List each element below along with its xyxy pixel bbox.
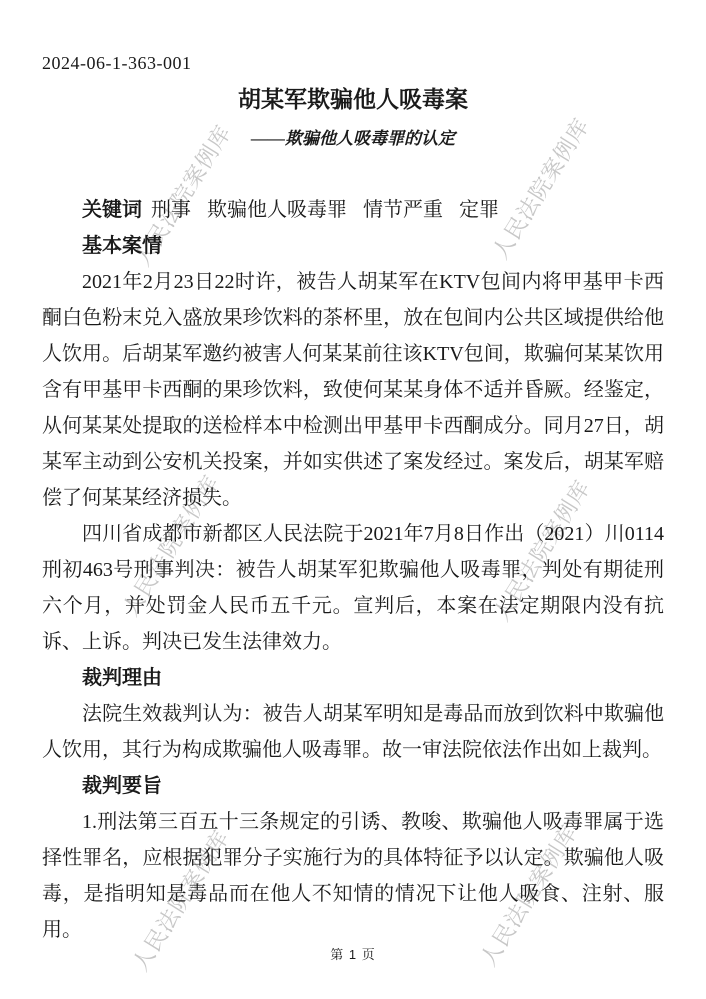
case-title: 胡某军欺骗他人吸毒案	[42, 84, 664, 116]
case-subtitle: ——欺骗他人吸毒罪的认定	[42, 126, 664, 152]
document-page: 人民法院案例库 人民法院案例库 人民法院案例库 人民法院案例库 人民法院案例库 …	[0, 0, 706, 999]
paragraph-facts-2: 四川省成都市新都区人民法院于2021年7月8日作出（2021）川0114刑初46…	[42, 516, 664, 660]
keyword-term: 定罪	[459, 199, 499, 221]
section-basic-facts: 基本案情 2021年2月23日22时许，被告人胡某军在KTV包间内将甲基甲卡西酮…	[42, 228, 664, 660]
keywords-label: 关键词	[82, 199, 142, 221]
section-heading-basic-facts: 基本案情	[42, 228, 664, 264]
section-heading-judgment-reasons: 裁判理由	[42, 660, 664, 696]
section-judgment-reasons: 裁判理由 法院生效裁判认为：被告人胡某军明知是毒品而放到饮料中欺骗他人饮用，其行…	[42, 660, 664, 768]
paragraph-gist-1: 1.刑法第三百五十三条规定的引诱、教唆、欺骗他人吸毒罪属于选择性罪名，应根据犯罪…	[42, 804, 664, 948]
keyword-term: 欺骗他人吸毒罪	[207, 199, 347, 221]
keywords-line: 关键词刑事欺骗他人吸毒罪情节严重定罪	[42, 192, 664, 228]
keyword-term: 刑事	[151, 199, 191, 221]
section-judgment-gist: 裁判要旨 1.刑法第三百五十三条规定的引诱、教唆、欺骗他人吸毒罪属于选择性罪名，…	[42, 768, 664, 948]
page-number-footer: 第 1 页	[0, 944, 706, 963]
document-content: 2024-06-1-363-001 胡某军欺骗他人吸毒案 ——欺骗他人吸毒罪的认…	[42, 50, 664, 948]
section-heading-judgment-gist: 裁判要旨	[42, 768, 664, 804]
paragraph-reasons-1: 法院生效裁判认为：被告人胡某军明知是毒品而放到饮料中欺骗他人饮用，其行为构成欺骗…	[42, 696, 664, 768]
keyword-term: 情节严重	[363, 199, 443, 221]
paragraph-facts-1: 2021年2月23日22时许，被告人胡某军在KTV包间内将甲基甲卡西酮白色粉末兑…	[42, 264, 664, 516]
case-reference-number: 2024-06-1-363-001	[42, 50, 664, 76]
